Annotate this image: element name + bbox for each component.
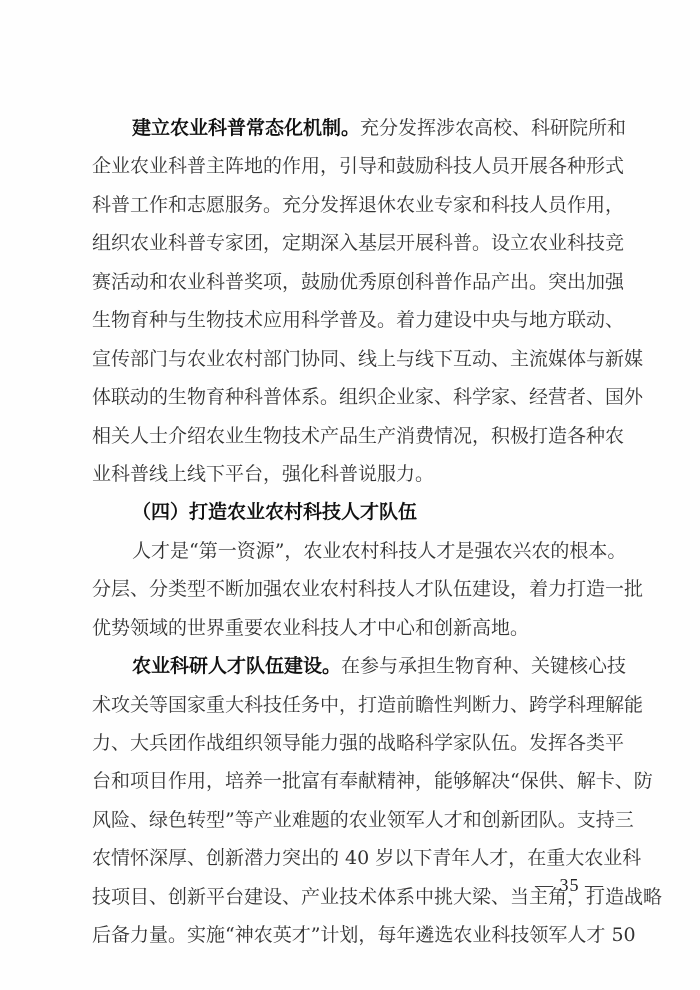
section-heading: （四）打造农业农村科技人才队伍 [92, 493, 606, 531]
paragraph-line: 农业科研人才队伍建设。在参与承担生物育种、关键核心技 [92, 647, 606, 685]
paragraph-line: 农情怀深厚、创新潜力突出的 40 岁以下青年人才，在重大农业科 [92, 839, 606, 877]
paragraph-bold-lead: 农业科研人才队伍建设。 [132, 655, 341, 677]
paragraph-line: 力、大兵团作战组织领导能力强的战略科学家队伍。发挥各类平 [92, 724, 606, 762]
paragraph-line: 技项目、创新平台建设、产业技术体系中挑大梁、当主角，打造战略 [92, 878, 606, 916]
paragraph-line: 生物育种与生物技术应用科学普及。着力建设中央与地方联动、 [92, 301, 606, 339]
paragraph-line: 风险、绿色转型”等产业难题的农业领军人才和创新团队。支持三 [92, 801, 606, 839]
paragraph-text: 在参与承担生物育种、关键核心技 [341, 655, 626, 677]
paragraph-bold-lead: 建立农业科普常态化机制。 [132, 117, 360, 139]
document-page: 建立农业科普常态化机制。充分发挥涉农高校、科研院所和 企业农业科普主阵地的作用，… [0, 0, 700, 990]
paragraph-line: 业科普线上线下平台，强化科普说服力。 [92, 455, 606, 493]
paragraph-line: 建立农业科普常态化机制。充分发挥涉农高校、科研院所和 [92, 109, 606, 147]
paragraph-line: 分层、分类型不断加强农业农村科技人才队伍建设，着力打造一批 [92, 570, 606, 608]
paragraph-line: 赛活动和农业科普奖项，鼓励优秀原创科普作品产出。突出加强 [92, 263, 606, 301]
paragraph-line: 后备力量。实施“神农英才”计划，每年遴选农业科技领军人才 50 [92, 916, 606, 954]
paragraph-line: 相关人士介绍农业生物技术产品生产消费情况，积极打造各种农 [92, 417, 606, 455]
paragraph-line: 组织农业科普专家团，定期深入基层开展科普。设立农业科技竞 [92, 224, 606, 262]
body-text: 建立农业科普常态化机制。充分发挥涉农高校、科研院所和 企业农业科普主阵地的作用，… [92, 109, 606, 955]
paragraph-line: 体联动的生物育种科普体系。组织企业家、科学家、经营者、国外 [92, 378, 606, 416]
paragraph-line: 人才是“第一资源”，农业农村科技人才是强农兴农的根本。 [92, 532, 606, 570]
paragraph-line: 术攻关等国家重大科技任务中，打造前瞻性判断力、跨学科理解能 [92, 686, 606, 724]
paragraph-line: 科普工作和志愿服务。充分发挥退休农业专家和科技人员作用， [92, 186, 606, 224]
paragraph-line: 台和项目作用，培养一批富有奉献精神，能够解决“保供、解卡、防 [92, 762, 606, 800]
paragraph-text: 充分发挥涉农高校、科研院所和 [360, 117, 626, 139]
paragraph-line: 宣传部门与农业农村部门协同、线上与线下互动、主流媒体与新媒 [92, 340, 606, 378]
paragraph-line: 优势领域的世界重要农业科技人才中心和创新高地。 [92, 609, 606, 647]
page-number: — 35 — [535, 875, 604, 896]
paragraph-line: 企业农业科普主阵地的作用，引导和鼓励科技人员开展各种形式 [92, 147, 606, 185]
